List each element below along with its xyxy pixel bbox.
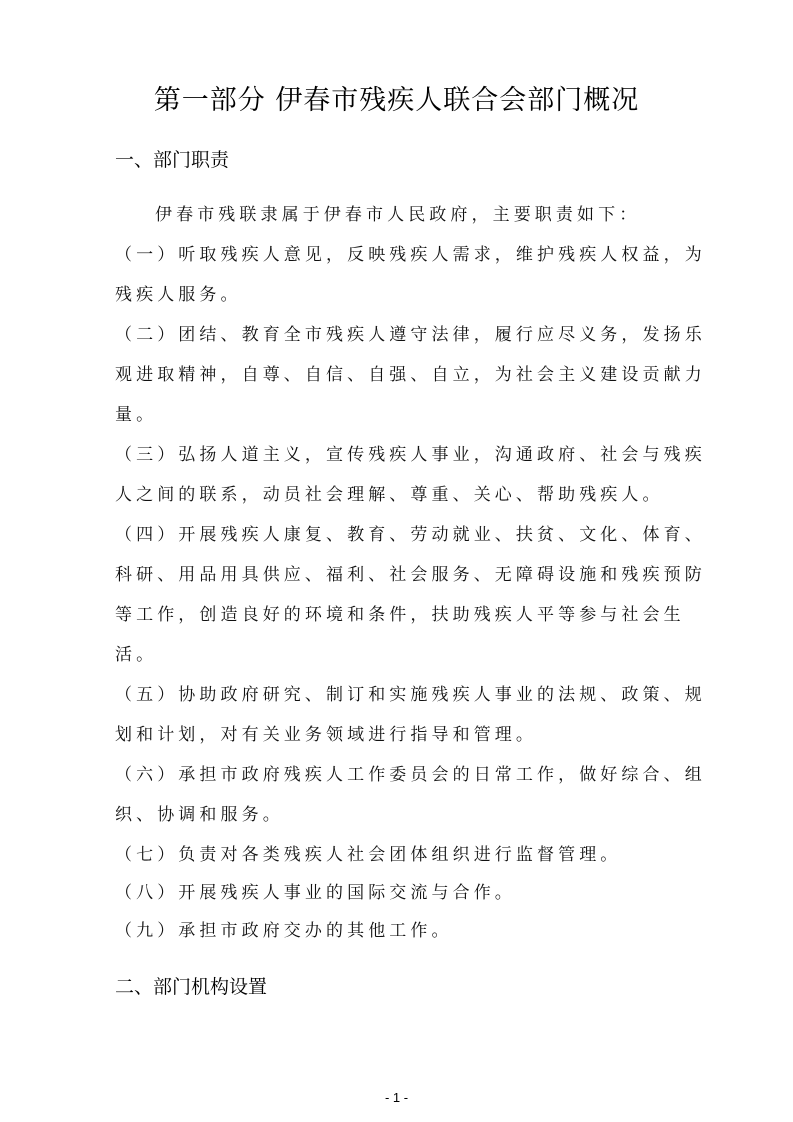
paragraph-line: 量。 <box>115 400 685 425</box>
paragraph-line: （八）开展残疾人事业的国际交流与合作。 <box>115 878 685 903</box>
paragraph-line: 科研、用品用具供应、福利、社会服务、无障碍设施和残疾预防 <box>115 560 685 585</box>
paragraph-line: 织、协调和服务。 <box>115 800 685 825</box>
paragraph-line: 观进取精神，自尊、自信、自强、自立，为社会主义建设贡献力 <box>115 360 685 385</box>
paragraph-line: （五）协助政府研究、制订和实施残疾人事业的法规、政策、规 <box>115 680 685 705</box>
paragraph-line: 残疾人服务。 <box>115 280 685 305</box>
page-number: - 1 - <box>0 1090 793 1105</box>
intro-paragraph: 伊春市残联隶属于伊春市人民政府，主要职责如下： <box>155 200 725 225</box>
paragraph-line: （九）承担市政府交办的其他工作。 <box>115 916 685 941</box>
paragraph-line: （三）弘扬人道主义，宣传残疾人事业，沟通政府、社会与残疾 <box>115 440 685 465</box>
paragraph-line: （七）负责对各类残疾人社会团体组织进行监督管理。 <box>115 840 685 865</box>
paragraph-line: （六）承担市政府残疾人工作委员会的日常工作，做好综合、组 <box>115 760 685 785</box>
document-page: 第一部分 伊春市残疾人联合会部门概况 一、部门职责 伊春市残联隶属于伊春市人民政… <box>0 0 793 1122</box>
paragraph-line: （二）团结、教育全市残疾人遵守法律，履行应尽义务，发扬乐 <box>115 320 685 345</box>
paragraph-line: 划和计划，对有关业务领域进行指导和管理。 <box>115 720 685 745</box>
paragraph-line: 人之间的联系，动员社会理解、尊重、关心、帮助残疾人。 <box>115 480 685 505</box>
paragraph-line: 活。 <box>115 640 685 665</box>
paragraph-line: （一）听取残疾人意见，反映残疾人需求，维护残疾人权益，为 <box>115 240 685 265</box>
section-heading-organization: 二、部门机构设置 <box>115 972 267 999</box>
page-title: 第一部分 伊春市残疾人联合会部门概况 <box>0 78 793 117</box>
section-heading-responsibilities: 一、部门职责 <box>115 145 229 172</box>
paragraph-line: 等工作，创造良好的环境和条件，扶助残疾人平等参与社会生 <box>115 600 685 625</box>
paragraph-line: （四）开展残疾人康复、教育、劳动就业、扶贫、文化、体育、 <box>115 520 685 545</box>
